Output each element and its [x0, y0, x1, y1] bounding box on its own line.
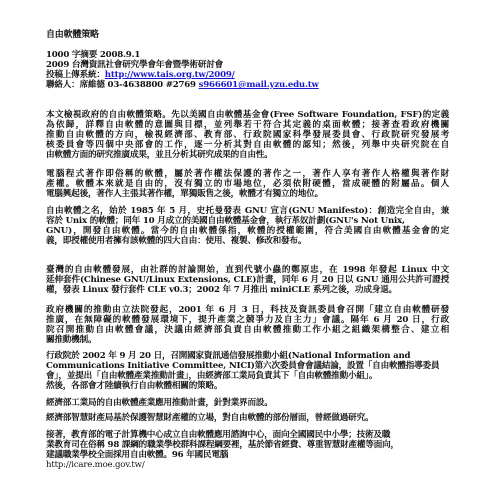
paragraph-line: 行政院於 2002 年 9 月 20 日，召開國家資訊通信發展推動小組(Nati…: [46, 351, 410, 361]
paragraph-line: 核委員會等四個中央部會的工作，逐一分析其對自由軟體的認知；然後，列舉中央研究院在…: [46, 140, 449, 150]
paragraph-line: GNU)，開發自由軟體。當今的自由軟體係指，軟體的授權範圍，符合美國自由軟體基金…: [46, 226, 449, 236]
paragraph-line: 推廣，在無障礙的軟體發展環境下，提升產業之競爭力及自主力」會議。隔年 6 月 2…: [46, 315, 449, 325]
paragraph-line: 政府機關的推動由立法院發起，2001 年 6 月 3 日，科技及資訊委員會召開「…: [46, 305, 449, 315]
paragraph-line: 業教育司在俗稱 98 課綱的職業學校群科課程綱要裡，基於節省經費、尊重智慧財產權…: [46, 440, 399, 450]
contact-email-link[interactable]: s966601@mail.yzu.edu.tw: [199, 80, 319, 90]
submission-label: 投稿上傳系統：: [46, 70, 105, 80]
paragraph-line: 本文檢視政府的自由軟體策略。先以美國自由軟體基金會(Free Software …: [46, 110, 449, 120]
paragraph-line: 為依歸，詳釋自由軟體的意圖與目標，並列舉若干符合其定義的桌面軟體；接著查看政府機…: [46, 120, 449, 130]
paragraph-line: 電腦興起後，著作人主張其著作權，單獨販售之後，軟體才有獨立的地位。: [46, 189, 323, 199]
paragraph-line: 容於 Unix 的軟體；同年 10 月成立的美國自由軟體基金會，執行革奴計劃(G…: [46, 216, 405, 226]
paragraph-line: 自由軟體之名，始於 1985 年 5 月，史托曼發表 GNU 宣言(GNU Ma…: [46, 206, 449, 216]
submission-url-link[interactable]: http://www.tais.org.tw/2009/: [105, 70, 235, 80]
header-conference-line: 2009 台灣資訊社會研究學會年會暨學術研討會: [46, 60, 223, 70]
paragraph-line: 接著，教育部的電子計算機中心成立自由軟體應用諮詢中心，面向全國國民中小學；技術及…: [46, 430, 390, 440]
header-abstract-line: 1000 字摘要 2008.9.1: [46, 50, 140, 60]
header-contact-line: 聯絡人：席維德 03-4638800 #2769 s966601@mail.yz…: [46, 80, 319, 90]
paragraph-line: 經濟部工業局的自由軟體產業應用推動計畫，針對業界而設。: [46, 398, 273, 408]
paragraph-line: 推動自由軟體的方向，檢視經濟部、教育部、行政院國家科學發展委員會、行政院研究發展…: [46, 130, 449, 140]
paragraph-line: 延伸套件(Chinese GNU/Linux Extensions, CLE)計…: [46, 275, 449, 285]
paragraph-line: Communications Initiative Committee, NIC…: [46, 361, 439, 371]
paragraph-line: 由軟體方面的研究推廣成果，並且分析其研究成果的自由性。: [46, 150, 273, 160]
paragraph-line: 然後，各部會才陸續執行自由軟體相關的策略。: [46, 381, 222, 391]
paragraph-line: 義，即授權使用者擁有該軟體的四大自由：使用、複製、修改和發布。: [46, 236, 306, 246]
icare-url-text: http://icare.moe.gov.tw/: [46, 460, 145, 470]
paragraph-line: 建議職業學校全面採用自由軟體。96 年國民電腦: [46, 450, 228, 460]
paragraph-line: 產權。軟體本來就是自由的，沒有獨立的市場地位，必須依附硬體，當成硬體的附屬品。個…: [46, 179, 449, 189]
paragraph-line: 經濟部智慧財產局基於保護智慧財產權的立場，對自由軟體的部份層面，曾經做過研究。: [46, 413, 373, 423]
paragraph-line: 會」，並提出「自由軟體產業推動計畫」，由經濟部工業局負責其下「自由軟體推動小組」…: [46, 371, 377, 381]
header-submission-line: 投稿上傳系統：http://www.tais.org.tw/2009/: [46, 70, 235, 80]
paragraph-line: 院召開推動自由軟體會議，決議由經濟部負責自由軟體推動工作小組之組織架構整合、建立…: [46, 325, 449, 335]
document-title: 自由軟體策略: [46, 30, 99, 40]
contact-label: 聯絡人：席維德 03-4638800 #2769: [46, 80, 199, 90]
paragraph-line: 電腦程式著作即俗稱的軟體，屬於著作權法保護的著作之一，著作人享有著作人格權與著作…: [46, 169, 449, 179]
paragraph-line: 臺灣的自由軟體發展，由社群的討論開始，直到代號小蟲的鄭原忠，在 1998 年發起…: [46, 265, 449, 275]
paragraph-line: 關推動機制。: [46, 335, 96, 345]
paragraph-line: 權，發表 Linux 發行套件 CLE v0.3；2002 年 7 月推出 mi…: [46, 285, 397, 295]
